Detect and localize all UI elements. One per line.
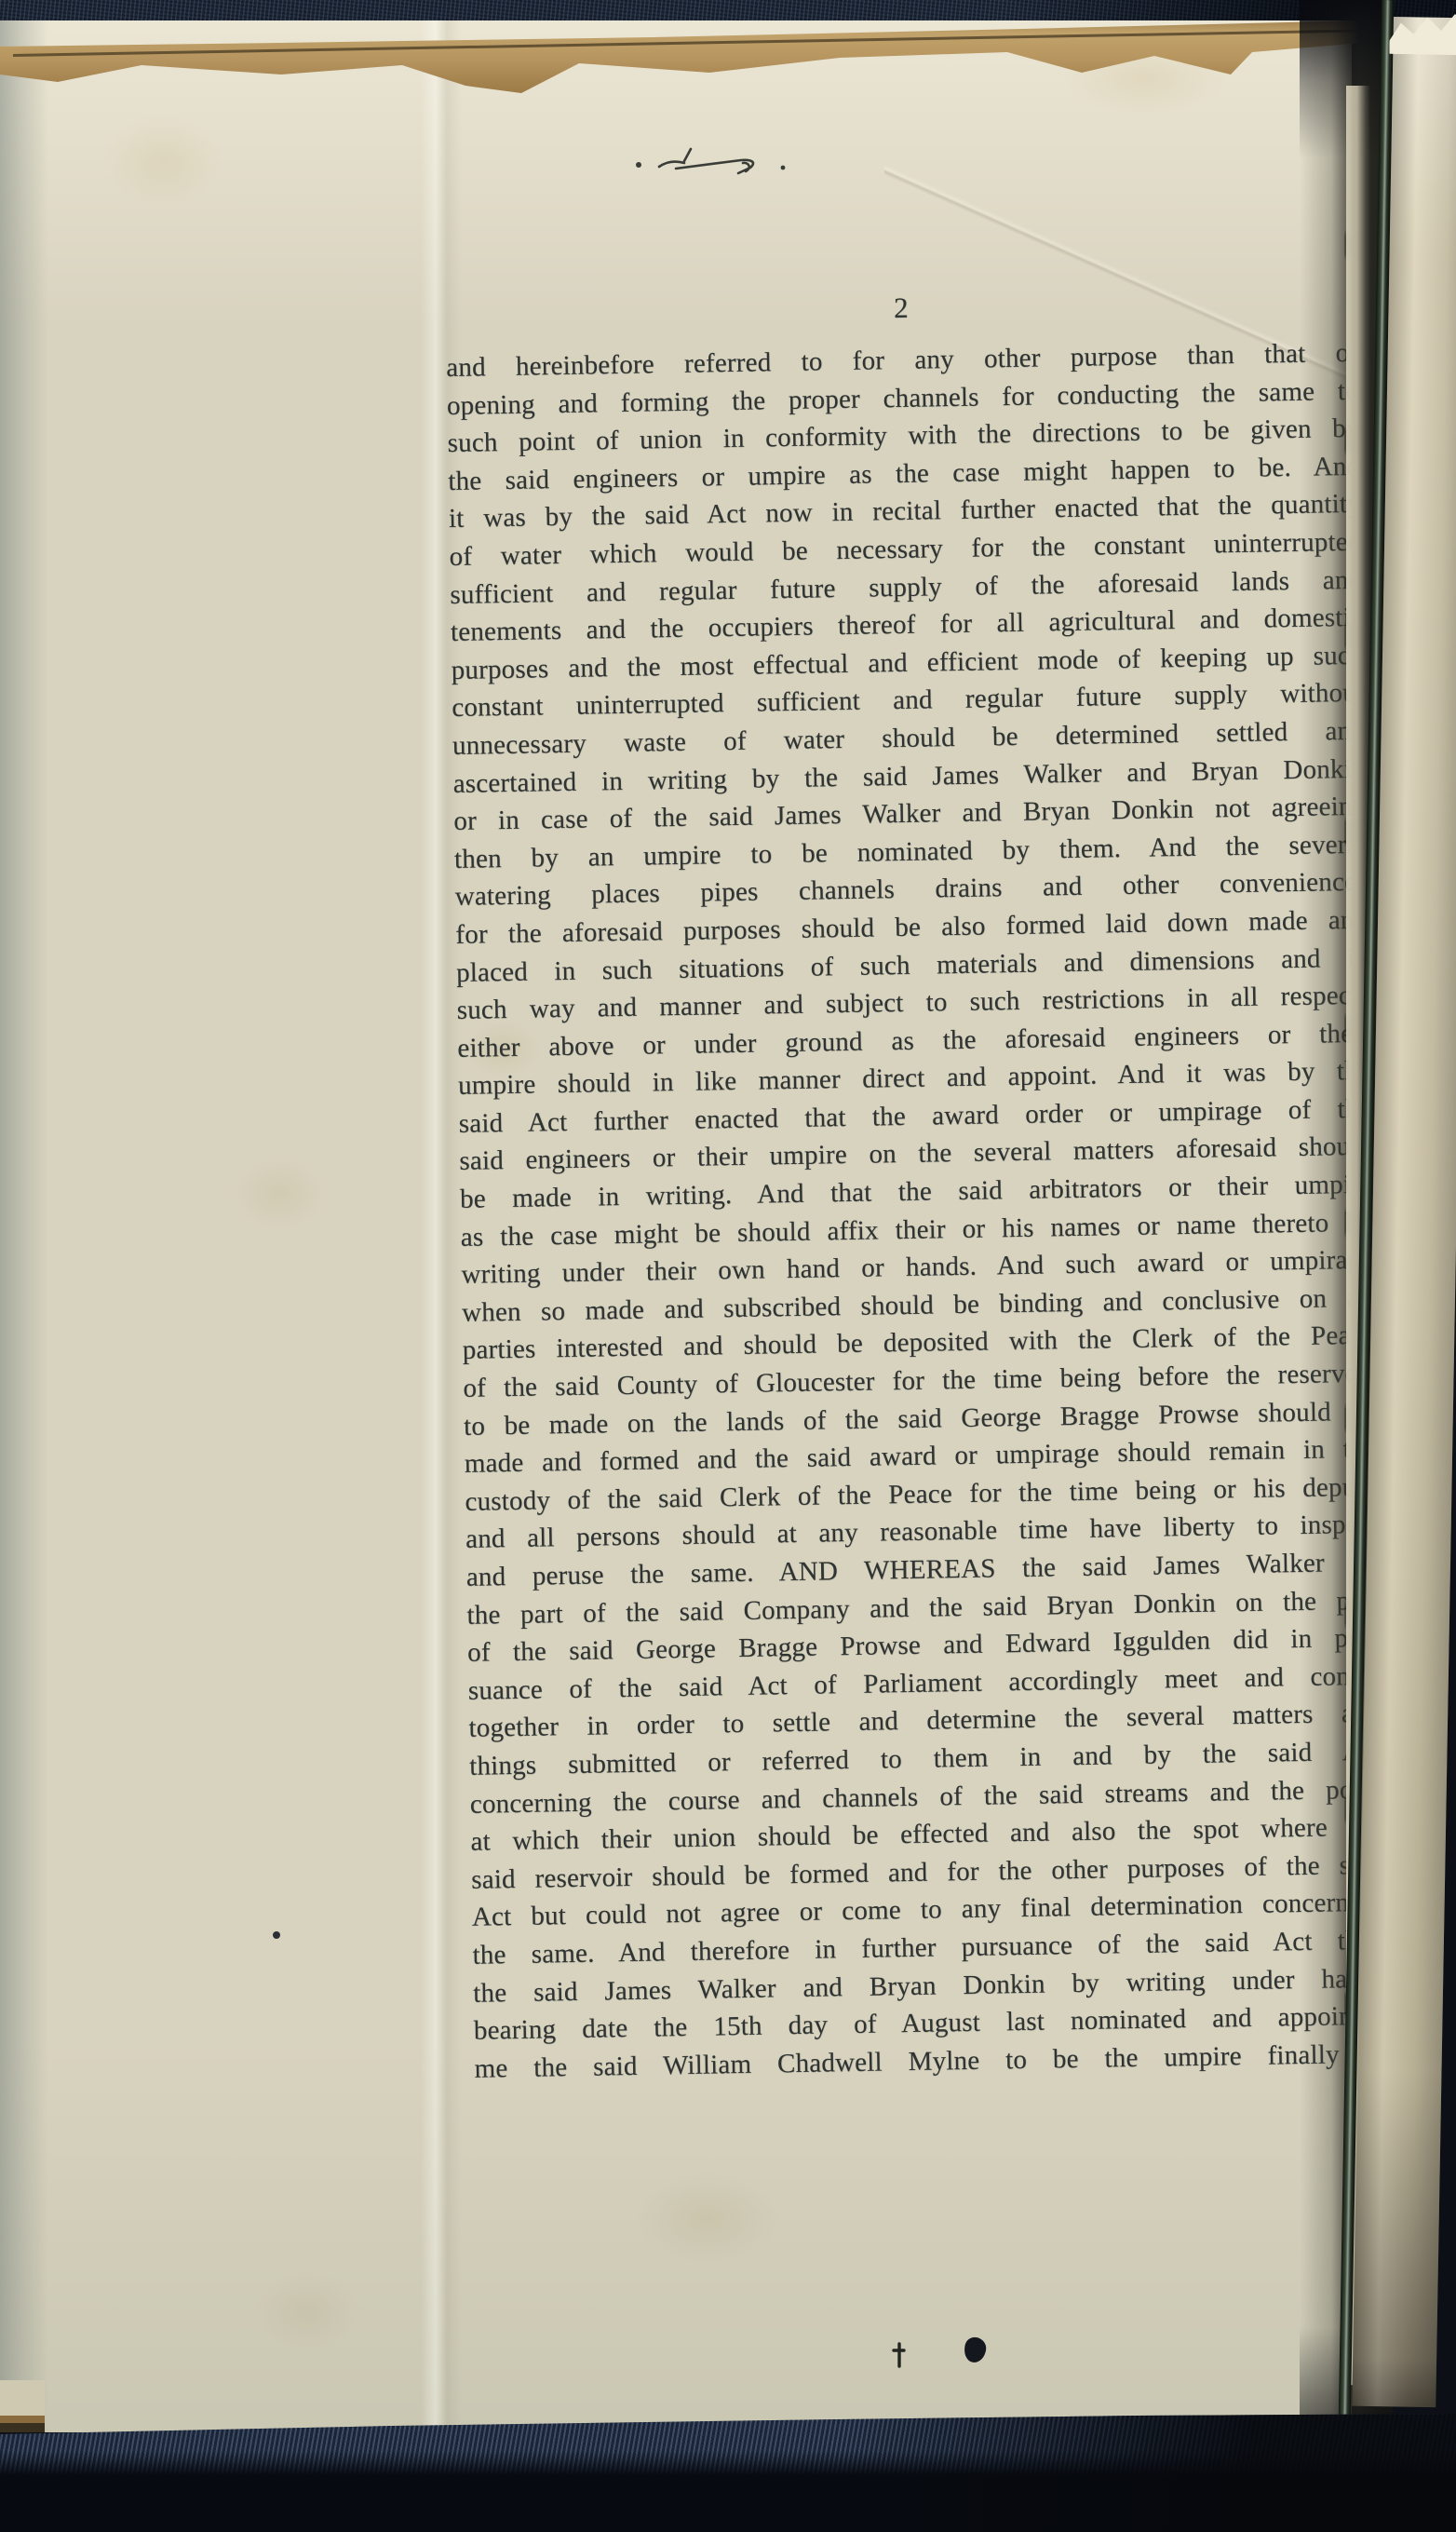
book-photo: 2 and hereinbefore referred to for any o…: [0, 0, 1456, 2532]
ink-tick-mark: [891, 2341, 908, 2373]
under-page-corner: [0, 2380, 45, 2432]
book-cover-bottom: [0, 2414, 1456, 2532]
page-text: 2 and hereinbefore referred to for any o…: [445, 281, 1387, 2088]
ink-dot-mark: [273, 1931, 280, 1939]
body-text: and hereinbefore referred to for any oth…: [446, 334, 1387, 2088]
pen-squiggle-mark: [631, 140, 789, 181]
